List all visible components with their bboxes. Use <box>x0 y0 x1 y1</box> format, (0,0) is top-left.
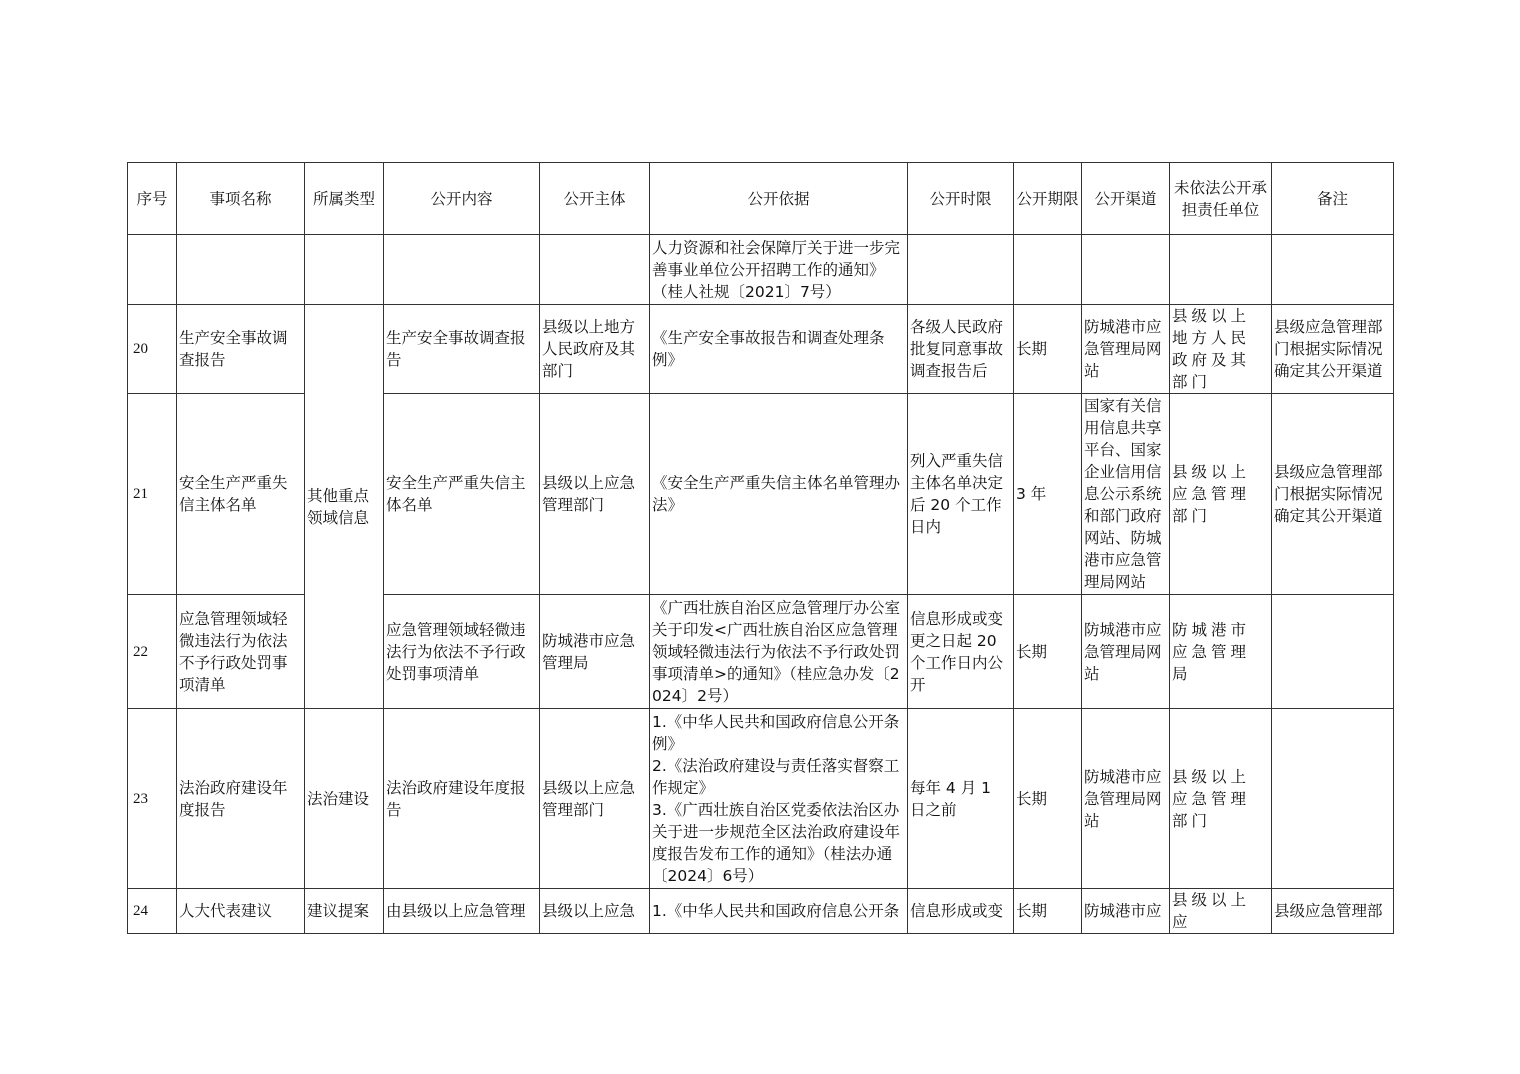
time-limit-cell: 信息形成或变更之日起 20 个工作日内公开 <box>908 595 1014 709</box>
header-channel: 公开渠道 <box>1082 163 1170 235</box>
content-cell: 生产安全事故调查报告 <box>384 305 540 394</box>
category-cell: 建议提案 <box>305 889 384 934</box>
header-basis: 公开依据 <box>650 163 908 235</box>
time-limit-cell: 每年 4 月 1 日之前 <box>908 709 1014 889</box>
responsible-cell: 县级以上应急管理部门 <box>1170 709 1272 889</box>
row-number: 24 <box>128 889 177 934</box>
subject-cell: 县级以上应急 <box>540 889 650 934</box>
basis-cell: 1.《中华人民共和国政府信息公开条 <box>650 889 908 934</box>
channel-cell: 防城港市应急管理局网站 <box>1082 305 1170 394</box>
item-name: 法治政府建设年度报告 <box>177 709 305 889</box>
basis-cell: 人力资源和社会保障厅关于进一步完善事业单位公开招聘工作的通知》（桂人社规〔202… <box>650 235 908 305</box>
row-number: 20 <box>128 305 177 394</box>
row-number: 21 <box>128 394 177 595</box>
header-responsible: 未依法公开承担责任单位 <box>1170 163 1272 235</box>
period-cell: 长期 <box>1014 305 1082 394</box>
basis-cell: 《生产安全事故报告和调查处理条例》 <box>650 305 908 394</box>
table-row-continuation: 人力资源和社会保障厅关于进一步完善事业单位公开招聘工作的通知》（桂人社规〔202… <box>128 235 1394 305</box>
basis-item: 1.《中华人民共和国政府信息公开条例》 <box>652 711 905 755</box>
header-row: 序号 事项名称 所属类型 公开内容 公开主体 公开依据 公开时限 公开期限 公开… <box>128 163 1394 235</box>
responsible-cell: 县级以上应 <box>1170 889 1272 934</box>
item-name: 安全生产严重失信主体名单 <box>177 394 305 595</box>
period-cell: 长期 <box>1014 709 1082 889</box>
header-time-limit: 公开时限 <box>908 163 1014 235</box>
item-name: 应急管理领域轻微违法行为依法不予行政处罚事项清单 <box>177 595 305 709</box>
time-limit-cell: 列入严重失信主体名单决定后 20 个工作日内 <box>908 394 1014 595</box>
basis-cell: 《安全生产严重失信主体名单管理办法》 <box>650 394 908 595</box>
table-row: 24 人大代表建议 建议提案 由县级以上应急管理 县级以上应急 1.《中华人民共… <box>128 889 1394 934</box>
table-row: 23 法治政府建设年度报告 法治建设 法治政府建设年度报告 县级以上应急管理部门… <box>128 709 1394 889</box>
basis-cell: 《广西壮族自治区应急管理厅办公室关于印发<广西壮族自治区应急管理领域轻微违法行为… <box>650 595 908 709</box>
disclosure-table: 序号 事项名称 所属类型 公开内容 公开主体 公开依据 公开时限 公开期限 公开… <box>127 162 1394 934</box>
header-period: 公开期限 <box>1014 163 1082 235</box>
time-limit-cell: 各级人民政府批复同意事故调查报告后 <box>908 305 1014 394</box>
content-cell: 安全生产严重失信主体名单 <box>384 394 540 595</box>
channel-cell: 防城港市应 <box>1082 889 1170 934</box>
header-no: 序号 <box>128 163 177 235</box>
row-number: 22 <box>128 595 177 709</box>
period-cell: 长期 <box>1014 889 1082 934</box>
time-limit-cell: 信息形成或变 <box>908 889 1014 934</box>
header-category: 所属类型 <box>305 163 384 235</box>
item-name: 生产安全事故调查报告 <box>177 305 305 394</box>
header-content: 公开内容 <box>384 163 540 235</box>
content-cell: 由县级以上应急管理 <box>384 889 540 934</box>
category-cell: 法治建设 <box>305 709 384 889</box>
subject-cell: 县级以上地方人民政府及其部门 <box>540 305 650 394</box>
remark-cell <box>1272 709 1394 889</box>
channel-cell: 防城港市应急管理局网站 <box>1082 595 1170 709</box>
content-cell: 应急管理领域轻微违法行为依法不予行政处罚事项清单 <box>384 595 540 709</box>
remark-cell: 县级应急管理部 <box>1272 889 1394 934</box>
remark-cell: 县级应急管理部门根据实际情况确定其公开渠道 <box>1272 305 1394 394</box>
header-remark: 备注 <box>1272 163 1394 235</box>
subject-cell: 防城港市应急管理局 <box>540 595 650 709</box>
remark-cell <box>1272 595 1394 709</box>
basis-cell: 1.《中华人民共和国政府信息公开条例》 2.《法治政府建设与责任落实督察工作规定… <box>650 709 908 889</box>
period-cell: 长期 <box>1014 595 1082 709</box>
channel-cell: 国家有关信用信息共享平台、国家企业信用信息公示系统和部门政府网站、防城港市应急管… <box>1082 394 1170 595</box>
responsible-cell: 防城港市应急管理局 <box>1170 595 1272 709</box>
document-page: 序号 事项名称 所属类型 公开内容 公开主体 公开依据 公开时限 公开期限 公开… <box>127 162 1394 934</box>
subject-cell: 县级以上应急管理部门 <box>540 394 650 595</box>
channel-cell: 防城港市应急管理局网站 <box>1082 709 1170 889</box>
remark-cell: 县级应急管理部门根据实际情况确定其公开渠道 <box>1272 394 1394 595</box>
table-row: 20 生产安全事故调查报告 其他重点领域信息 生产安全事故调查报告 县级以上地方… <box>128 305 1394 394</box>
period-cell: 3 年 <box>1014 394 1082 595</box>
header-subject: 公开主体 <box>540 163 650 235</box>
responsible-cell: 县级以上应急管理部门 <box>1170 394 1272 595</box>
header-name: 事项名称 <box>177 163 305 235</box>
basis-item: 3.《广西壮族自治区党委依法治区办关于进一步规范全区法治政府建设年度报告发布工作… <box>652 799 905 887</box>
basis-item: 2.《法治政府建设与责任落实督察工作规定》 <box>652 755 905 799</box>
subject-cell: 县级以上应急管理部门 <box>540 709 650 889</box>
category-cell: 其他重点领域信息 <box>305 305 384 709</box>
row-number: 23 <box>128 709 177 889</box>
content-cell: 法治政府建设年度报告 <box>384 709 540 889</box>
item-name: 人大代表建议 <box>177 889 305 934</box>
responsible-cell: 县级以上地方人民政府及其部门 <box>1170 305 1272 394</box>
